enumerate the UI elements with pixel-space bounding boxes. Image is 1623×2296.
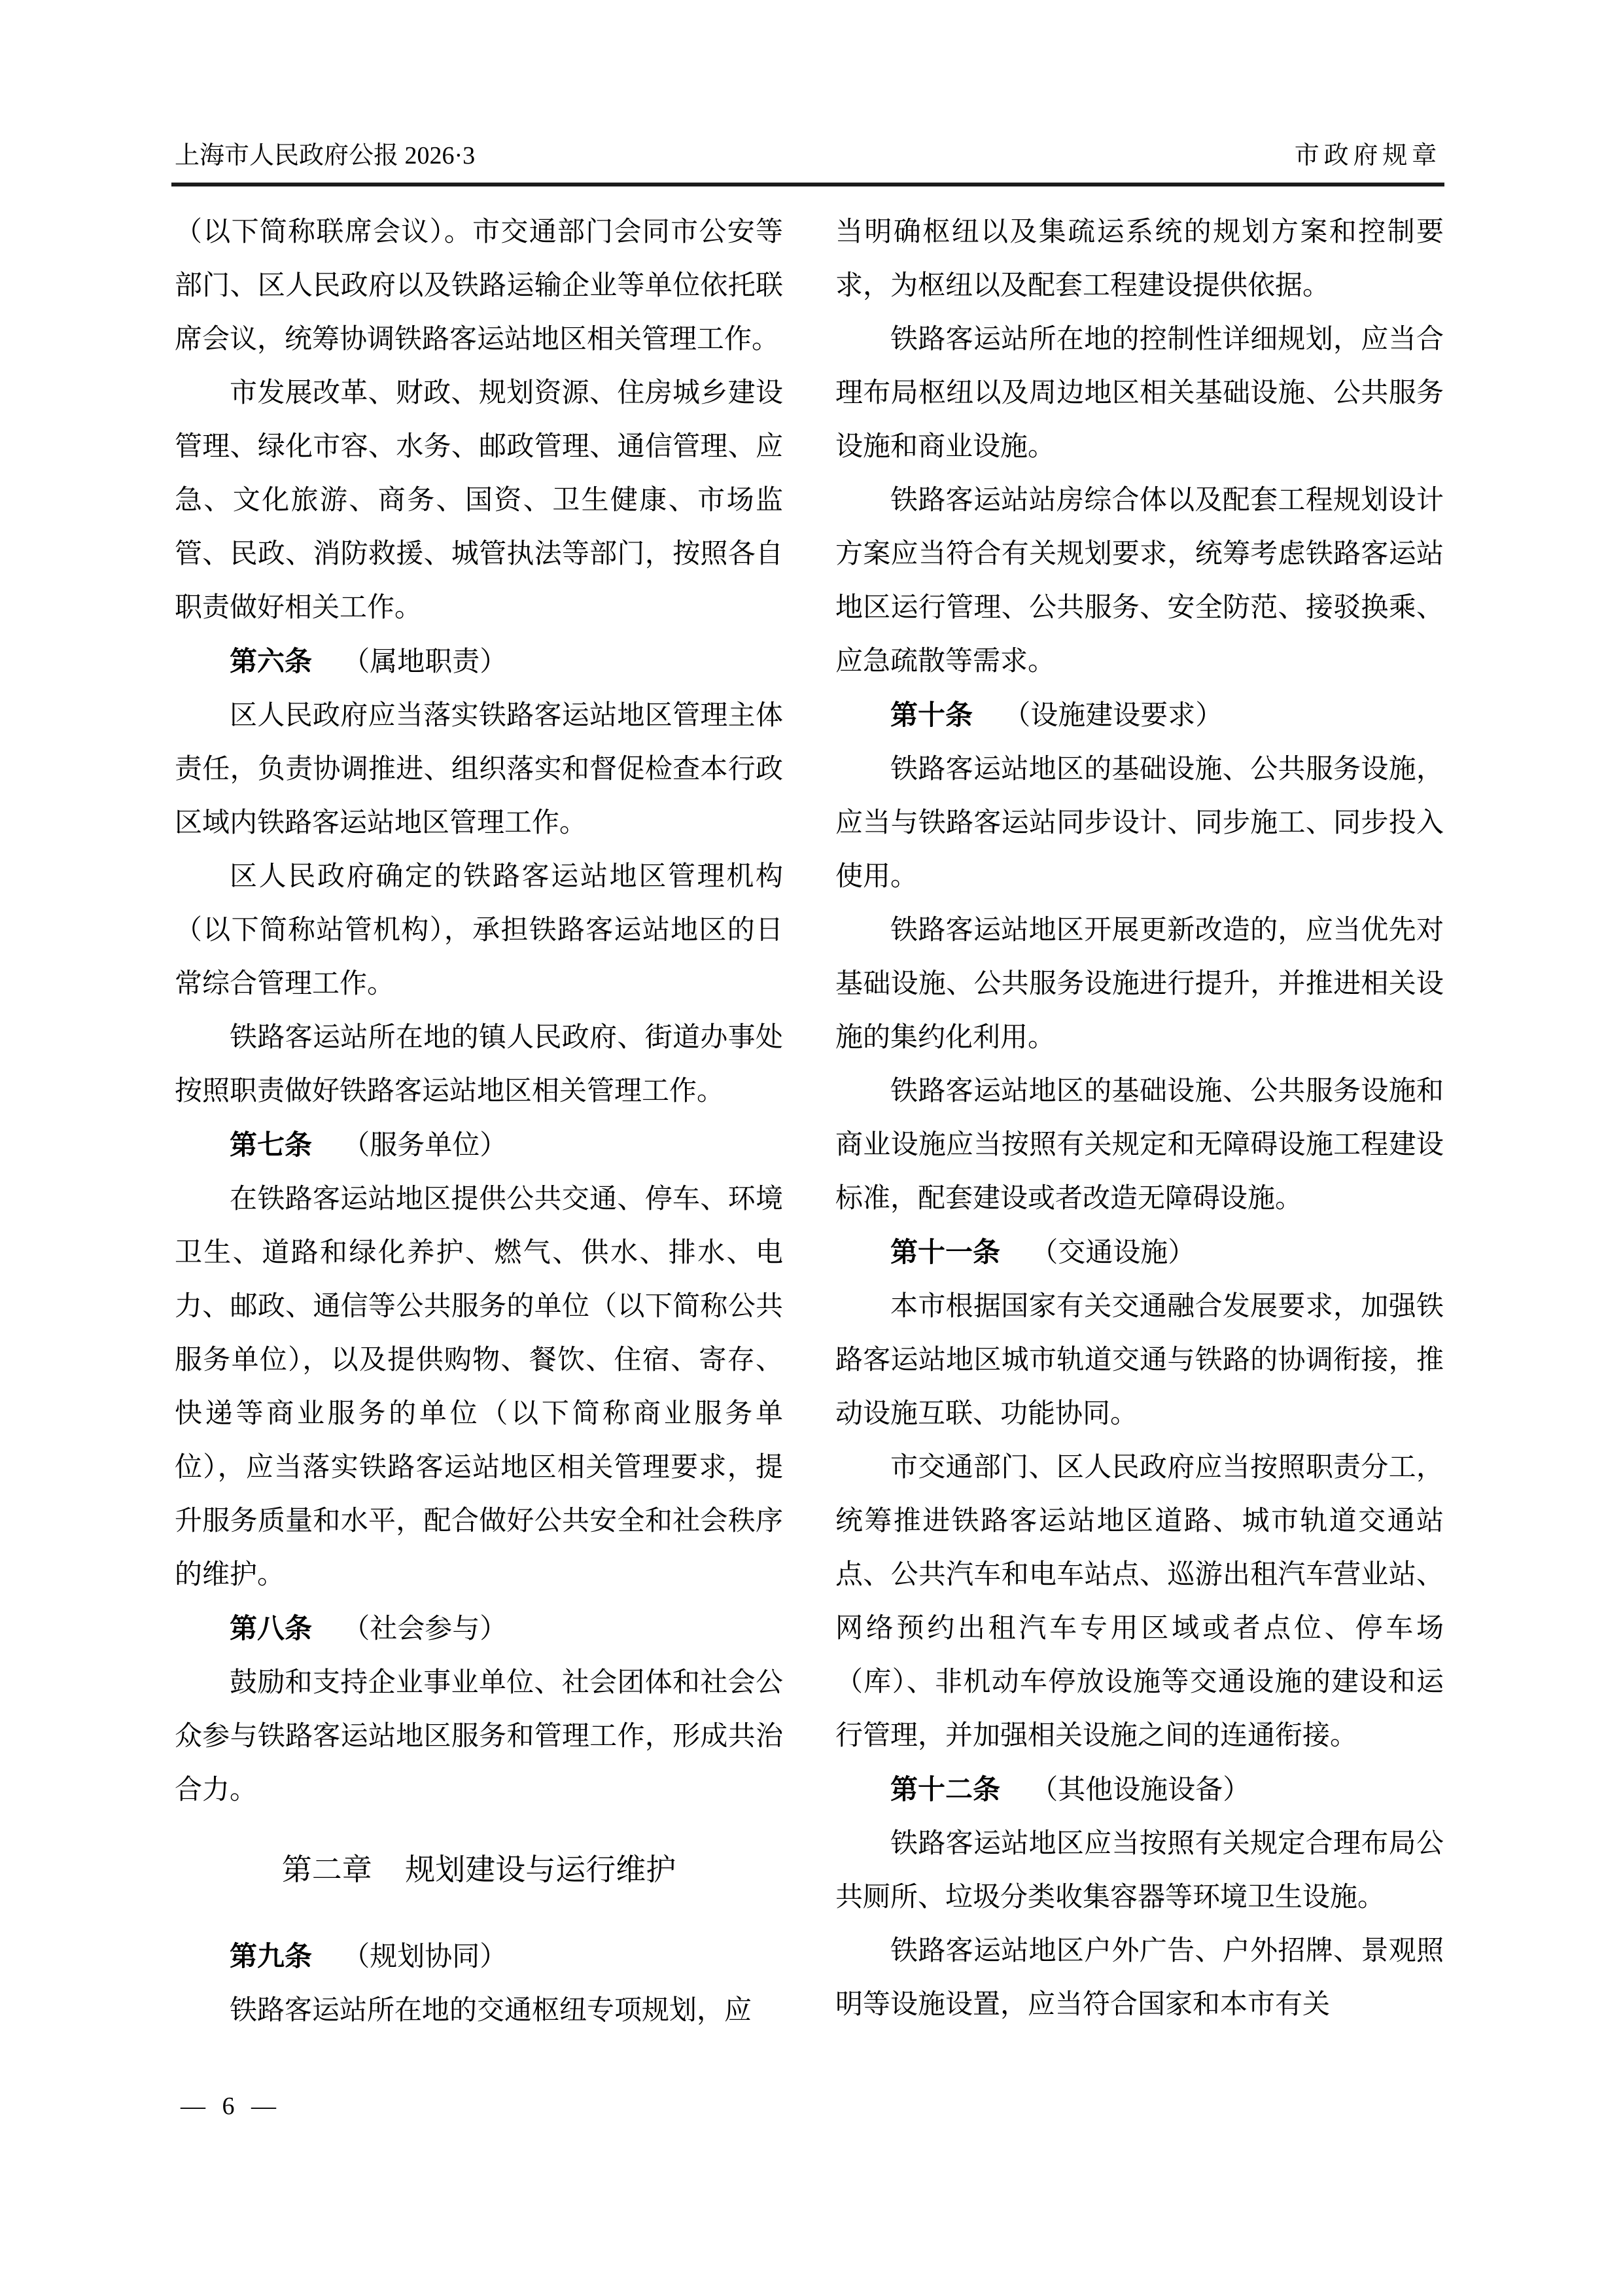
article-title: （属地职责） — [342, 647, 507, 677]
paragraph: 铁路客运站地区应当按照有关规定合理布局公共厕所、垃圾分类收集容器等环境卫生设施。 — [835, 1817, 1444, 1924]
paragraph: 铁路客运站所在地的交通枢纽专项规划，应 — [175, 1984, 783, 2038]
header-rule — [171, 183, 1444, 186]
section-label: 市政府规章 — [1295, 140, 1441, 171]
article-number: 第八条 — [230, 1613, 312, 1644]
paragraph: 铁路客运站所在地的镇人民政府、街道办事处按照职责做好铁路客运站地区相关管理工作。 — [175, 1011, 783, 1118]
paragraph: 区人民政府确定的铁路客运站地区管理机构（以下简称站管机构），承担铁路客运站地区的… — [175, 850, 783, 1011]
article-heading: 第六条（属地职责） — [175, 635, 783, 689]
page-header: 上海市人民政府公报 2026·3 市政府规章 — [175, 140, 1441, 171]
paragraph: 市发展改革、财政、规划资源、住房城乡建设管理、绿化市容、水务、邮政管理、通信管理… — [175, 366, 783, 635]
paragraph: 铁路客运站地区户外广告、户外招牌、景观照明等设施设置，应当符合国家和本市有关 — [835, 1924, 1444, 2032]
article-title: （其他设施设备） — [1030, 1775, 1250, 1805]
paragraph: 铁路客运站地区的基础设施、公共服务设施和商业设施应当按照有关规定和无障碍设施工程… — [835, 1065, 1444, 1226]
paragraph: 在铁路客运站地区提供公共交通、停车、环境卫生、道路和绿化养护、燃气、供水、排水、… — [175, 1173, 783, 1602]
chapter-heading: 第二章规划建设与运行维护 — [175, 1843, 783, 1897]
article-title: （交通设施） — [1030, 1238, 1195, 1268]
article-number: 第七条 — [230, 1129, 312, 1160]
paragraph: 市交通部门、区人民政府应当按照职责分工，统筹推进铁路客运站地区道路、城市轨道交通… — [835, 1441, 1444, 1763]
paragraph: 铁路客运站地区的基础设施、公共服务设施，应当与铁路客运站同步设计、同步施工、同步… — [835, 743, 1444, 904]
article-number: 第十一条 — [890, 1237, 1000, 1267]
article-title: （设施建设要求） — [1003, 701, 1223, 731]
article-number: 第六条 — [230, 646, 312, 677]
paragraph: 当明确枢纽以及集疏运系统的规划方案和控制要求，为枢纽以及配套工程建设提供依据。 — [835, 205, 1444, 313]
right-column: 当明确枢纽以及集疏运系统的规划方案和控制要求，为枢纽以及配套工程建设提供依据。 … — [835, 205, 1444, 2038]
paragraph: 铁路客运站地区开展更新改造的，应当优先对基础设施、公共服务设施进行提升，并推进相… — [835, 904, 1444, 1065]
article-heading: 第九条（规划协同） — [175, 1930, 783, 1984]
article-title: （社会参与） — [342, 1614, 507, 1644]
article-heading: 第十二条（其他设施设备） — [835, 1763, 1444, 1817]
article-heading: 第十一条（交通设施） — [835, 1226, 1444, 1280]
content-columns: （以下简称联席会议）。市交通部门会同市公安等部门、区人民政府以及铁路运输企业等单… — [175, 205, 1444, 2038]
left-column: （以下简称联席会议）。市交通部门会同市公安等部门、区人民政府以及铁路运输企业等单… — [175, 205, 783, 2038]
gazette-title: 上海市人民政府公报 2026·3 — [175, 140, 475, 171]
article-heading: 第七条（服务单位） — [175, 1118, 783, 1173]
article-number: 第十二条 — [890, 1774, 1000, 1805]
paragraph: 鼓励和支持企业事业单位、社会团体和社会公众参与铁路客运站地区服务和管理工作，形成… — [175, 1656, 783, 1817]
paragraph: （以下简称联席会议）。市交通部门会同市公安等部门、区人民政府以及铁路运输企业等单… — [175, 205, 783, 366]
paragraph: 区人民政府应当落实铁路客运站地区管理主体责任，负责协调推进、组织落实和督促检查本… — [175, 689, 783, 850]
page-number: — 6 — — [181, 2091, 276, 2121]
paragraph: 铁路客运站所在地的控制性详细规划，应当合理布局枢纽以及周边地区相关基础设施、公共… — [835, 313, 1444, 474]
chapter-number: 第二章 — [282, 1853, 372, 1886]
chapter-title: 规划建设与运行维护 — [405, 1853, 676, 1886]
article-number: 第十条 — [890, 699, 973, 730]
article-title: （服务单位） — [342, 1131, 507, 1161]
article-number: 第九条 — [230, 1941, 312, 1971]
paragraph: 本市根据国家有关交通融合发展要求，加强铁路客运站地区城市轨道交通与铁路的协调衔接… — [835, 1280, 1444, 1441]
paragraph: 铁路客运站站房综合体以及配套工程规划设计方案应当符合有关规划要求，统筹考虑铁路客… — [835, 474, 1444, 688]
article-heading: 第十条（设施建设要求） — [835, 688, 1444, 743]
article-heading: 第八条（社会参与） — [175, 1602, 783, 1656]
gazette-page: 上海市人民政府公报 2026·3 市政府规章 （以下简称联席会议）。市交通部门会… — [0, 0, 1623, 2296]
article-title: （规划协同） — [342, 1942, 507, 1972]
